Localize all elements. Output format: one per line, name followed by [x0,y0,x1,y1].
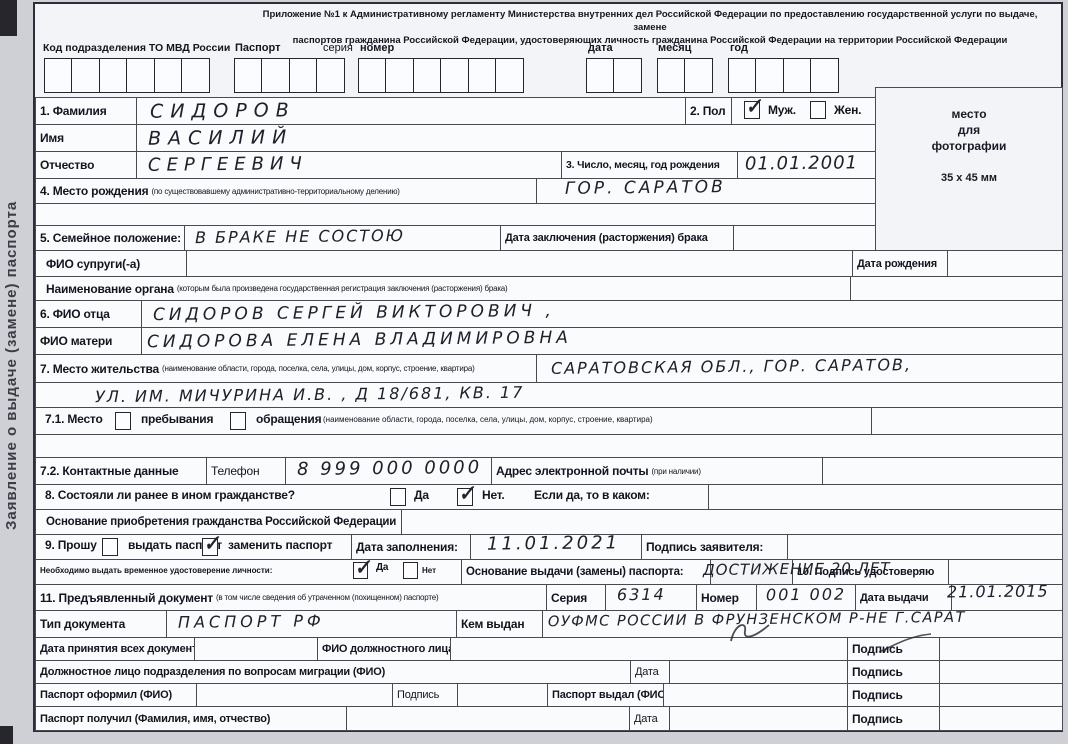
marital-value: В БРАКЕ НЕ СОСТОЮ [195,226,405,247]
marriage-authority-field[interactable] [850,276,1063,301]
migration-date-label: Дата [630,660,670,684]
form-paper: Приложение №1 к Административному реглам… [33,2,1063,732]
prior-citizenship-label: 8. Состояли ли ранее в ином гражданстве? [41,488,299,502]
stay-label: пребывания [137,412,217,426]
mother-label: ФИО матери [35,327,142,355]
birthplace-field-cont[interactable] [35,203,876,226]
migration-official-label: Должностное лицо подразделения по вопрос… [35,660,631,684]
apply-checkbox[interactable] [230,412,246,430]
request-replace-label: заменить паспорт [224,538,336,552]
digit-box[interactable] [783,58,812,93]
form-vertical-title: Заявление о выдаче (замене) паспорта [3,150,27,580]
presented-doc-note: (в том числе сведения об утраченном (пох… [216,593,438,602]
prior-which-label: Если да, то в каком: [530,488,654,502]
sex-female-checkbox[interactable] [810,101,826,119]
prepared-sign-field[interactable] [457,683,548,707]
check-icon: ✓ [744,93,763,120]
stay-place-field-cont[interactable] [35,434,1063,458]
month-label: месяц [658,42,691,54]
docs-accepted-date-label: Дата принятия всех документов [35,637,195,661]
received-date-field[interactable] [669,706,848,731]
digit-box[interactable] [586,58,615,93]
marriage-date-field[interactable] [733,225,876,251]
docs-accepted-date-field[interactable] [194,637,318,661]
number-boxes[interactable] [358,58,522,93]
email-label: Адрес электронной почты(при наличии) [491,457,823,485]
birthplace-note: (по существовавшему административно-терр… [151,187,399,196]
doc-issue-date-value: 21.01.2015 [947,581,1049,601]
request-issue-checkbox[interactable] [102,538,118,556]
residence-note: (наименование области, города, поселка, … [162,364,475,373]
issued-sign-label: Подпись [847,683,940,707]
request-replace-checkbox[interactable]: ✓ [202,538,218,556]
digit-box[interactable] [728,58,757,93]
patronymic-value: СЕРГЕЕВИЧ [148,153,308,176]
fill-date-value: 11.01.2021 [487,532,620,554]
digit-box[interactable] [495,58,524,93]
marriage-date-label: Дата заключения (расторжения) брака [500,225,734,251]
prior-yes-checkbox[interactable] [390,488,406,506]
patronymic-label: Отчество [35,151,137,179]
stay-place-note: (наименование области, города, поселка, … [323,415,653,424]
marital-label: 5. Семейное положение: [35,225,185,251]
digit-box[interactable] [657,58,686,93]
migration-sign-label: Подпись [847,660,940,684]
father-value: СИДОРОВ СЕРГЕЙ ВИКТОРОВИЧ , [153,301,555,325]
doc-type-label: Тип документа [35,610,167,638]
scan-artifact-bottom-left [0,726,13,744]
doc-series-label: Серия [546,584,606,611]
check-icon: ✓ [202,530,221,557]
received-date-label: Дата [629,706,670,731]
doc-series-value: 6314 [617,585,666,605]
digit-box[interactable] [440,58,469,93]
prior-citizenship-field[interactable] [708,484,1063,510]
marriage-authority-note: (которым была произведена государственна… [177,284,508,293]
passport-prepared-label: Паспорт оформил (ФИО) [35,683,197,707]
temp-no-label: Нет [422,566,436,575]
digit-box[interactable] [684,58,713,93]
passport-label: Паспорт [235,42,280,54]
photo-caption-line1: место [876,106,1062,122]
issue-basis-label: Основание выдачи (замены) паспорта: [461,559,711,585]
birthplace-label: 4. Место рождения(по существовавшему адм… [35,178,537,204]
spouse-birthdate-field[interactable] [947,250,1063,277]
phone-value: 8 999 000 0000 [297,457,482,480]
digit-box[interactable] [181,58,210,93]
doc-number-label: Номер [696,584,757,611]
passport-prepared-field[interactable] [196,683,393,707]
migration-sign-field[interactable] [939,660,1063,684]
official-name-label: ФИО должностного лица [317,637,451,661]
digit-box[interactable] [234,58,263,93]
day-label: дата [588,42,613,54]
sex-label: 2. Пол [685,97,732,125]
applicant-sign-label: Подпись заявителя: [641,534,788,560]
digit-box[interactable] [413,58,442,93]
prior-yes-label: Да [410,488,433,502]
temp-no-checkbox[interactable] [403,562,418,579]
digit-box[interactable] [613,58,642,93]
doc-number-value: 001 002 [766,585,846,605]
signature-mark [725,619,795,645]
phone-label: Телефон [206,457,286,485]
email-field[interactable] [822,457,1063,485]
year-boxes[interactable] [728,58,838,93]
citizenship-basis-field[interactable] [401,509,1063,535]
surname-value: СИДОРОВ [150,99,296,123]
email-note: (при наличии) [651,467,700,476]
digit-box[interactable] [358,58,387,93]
digit-box[interactable] [385,58,414,93]
sex-female-label: Жен. [830,103,865,117]
photo-size: 35 x 45 мм [876,172,1062,184]
firstname-value: ВАСИЛИЙ [148,126,293,150]
spouse-birthdate-label: Дата рождения [852,250,948,277]
photo-placeholder: место для фотографии 35 x 45 мм [875,87,1063,254]
temp-id-label: Необходимо выдать временное удостоверени… [40,566,272,575]
apply-label: обращения [252,412,325,426]
digit-box[interactable] [810,58,839,93]
residence-value-line1: САРАТОВСКАЯ ОБЛ., ГОР. САРАТОВ, [551,355,912,378]
firstname-label: Имя [35,124,137,152]
photo-caption-line2: для [876,122,1062,138]
issue-basis-value: ДОСТИЖЕНИЕ 20 ЛЕТ [703,559,891,579]
official-sign-field[interactable] [939,637,1063,661]
digit-box[interactable] [755,58,784,93]
scan-artifact-top-left [0,0,17,36]
spouse-field[interactable] [186,250,853,277]
number-label: номер [360,42,394,54]
request-label: 9. Прошу [41,538,101,552]
prior-no-checkbox[interactable]: ✓ [457,488,473,506]
spouse-label: ФИО супруги(-а) [35,250,187,277]
digit-box[interactable] [99,58,128,93]
doc-issue-date-label: Дата выдачи [855,584,952,611]
father-label: 6. ФИО отца [35,300,142,328]
photo-caption-line3: фотографии [876,138,1062,154]
digit-box[interactable] [71,58,100,93]
temp-yes-checkbox[interactable]: ✓ [353,562,368,579]
migration-date-field[interactable] [669,660,848,684]
passport-received-label: Паспорт получил (Фамилия, имя, отчество) [35,706,347,731]
check-icon: ✓ [457,480,476,507]
stay-place-label: 7.1. Место [41,412,107,426]
birthplace-value: ГОР. САРАТОВ [565,177,726,199]
residence-label: 7. Место жительства(наименование области… [35,354,537,383]
year-label: год [730,42,748,54]
passport-received-field[interactable] [346,706,630,731]
doc-type-value: ПАСПОРТ РФ [178,611,325,632]
sex-male-label: Муж. [764,103,800,117]
passport-issued-label: Паспорт выдал (ФИО) [547,683,664,707]
digit-box[interactable] [44,58,73,93]
digit-box[interactable] [468,58,497,93]
issued-by-label: Кем выдан [456,610,543,638]
series-label: серия [323,42,353,54]
birthdate-value: 01.01.2001 [745,152,858,174]
birthdate-label: 3. Число, месяц, год рождения [561,151,738,179]
passport-issued-field[interactable] [663,683,848,707]
check-icon: ✓ [353,554,372,581]
digit-box[interactable] [289,58,318,93]
form-header-line1: Приложение №1 к Административному реглам… [245,8,1055,34]
prior-no-label: Нет. [478,488,509,502]
surname-label: 1. Фамилия [35,97,137,125]
digit-box[interactable] [316,58,345,93]
received-sign-label: Подпись [847,706,940,731]
day-boxes[interactable] [586,58,641,93]
division-code-label: Код подразделения ТО МВД России [43,42,230,54]
applicant-sign-field[interactable] [787,534,1063,560]
sex-male-checkbox[interactable]: ✓ [744,101,760,119]
digit-box[interactable] [261,58,290,93]
signature-mark [875,632,935,654]
issued-sign-field[interactable] [939,683,1063,707]
passport-series-boxes[interactable] [234,58,344,93]
stay-checkbox[interactable] [115,412,131,430]
division-code-boxes[interactable] [44,58,208,93]
digit-box[interactable] [154,58,183,93]
month-boxes[interactable] [657,58,712,93]
received-sign-field[interactable] [939,706,1063,731]
temp-yes-label: Да [372,562,392,573]
stay-place-field[interactable] [871,407,1063,435]
prepared-sign-label: Подпись [392,683,458,707]
presented-doc-label: 11. Предъявленный документ(в том числе с… [35,584,547,611]
contacts-label: 7.2. Контактные данные [35,457,207,485]
marriage-authority-label: Наименование органа(которым была произве… [35,276,851,301]
digit-box[interactable] [126,58,155,93]
